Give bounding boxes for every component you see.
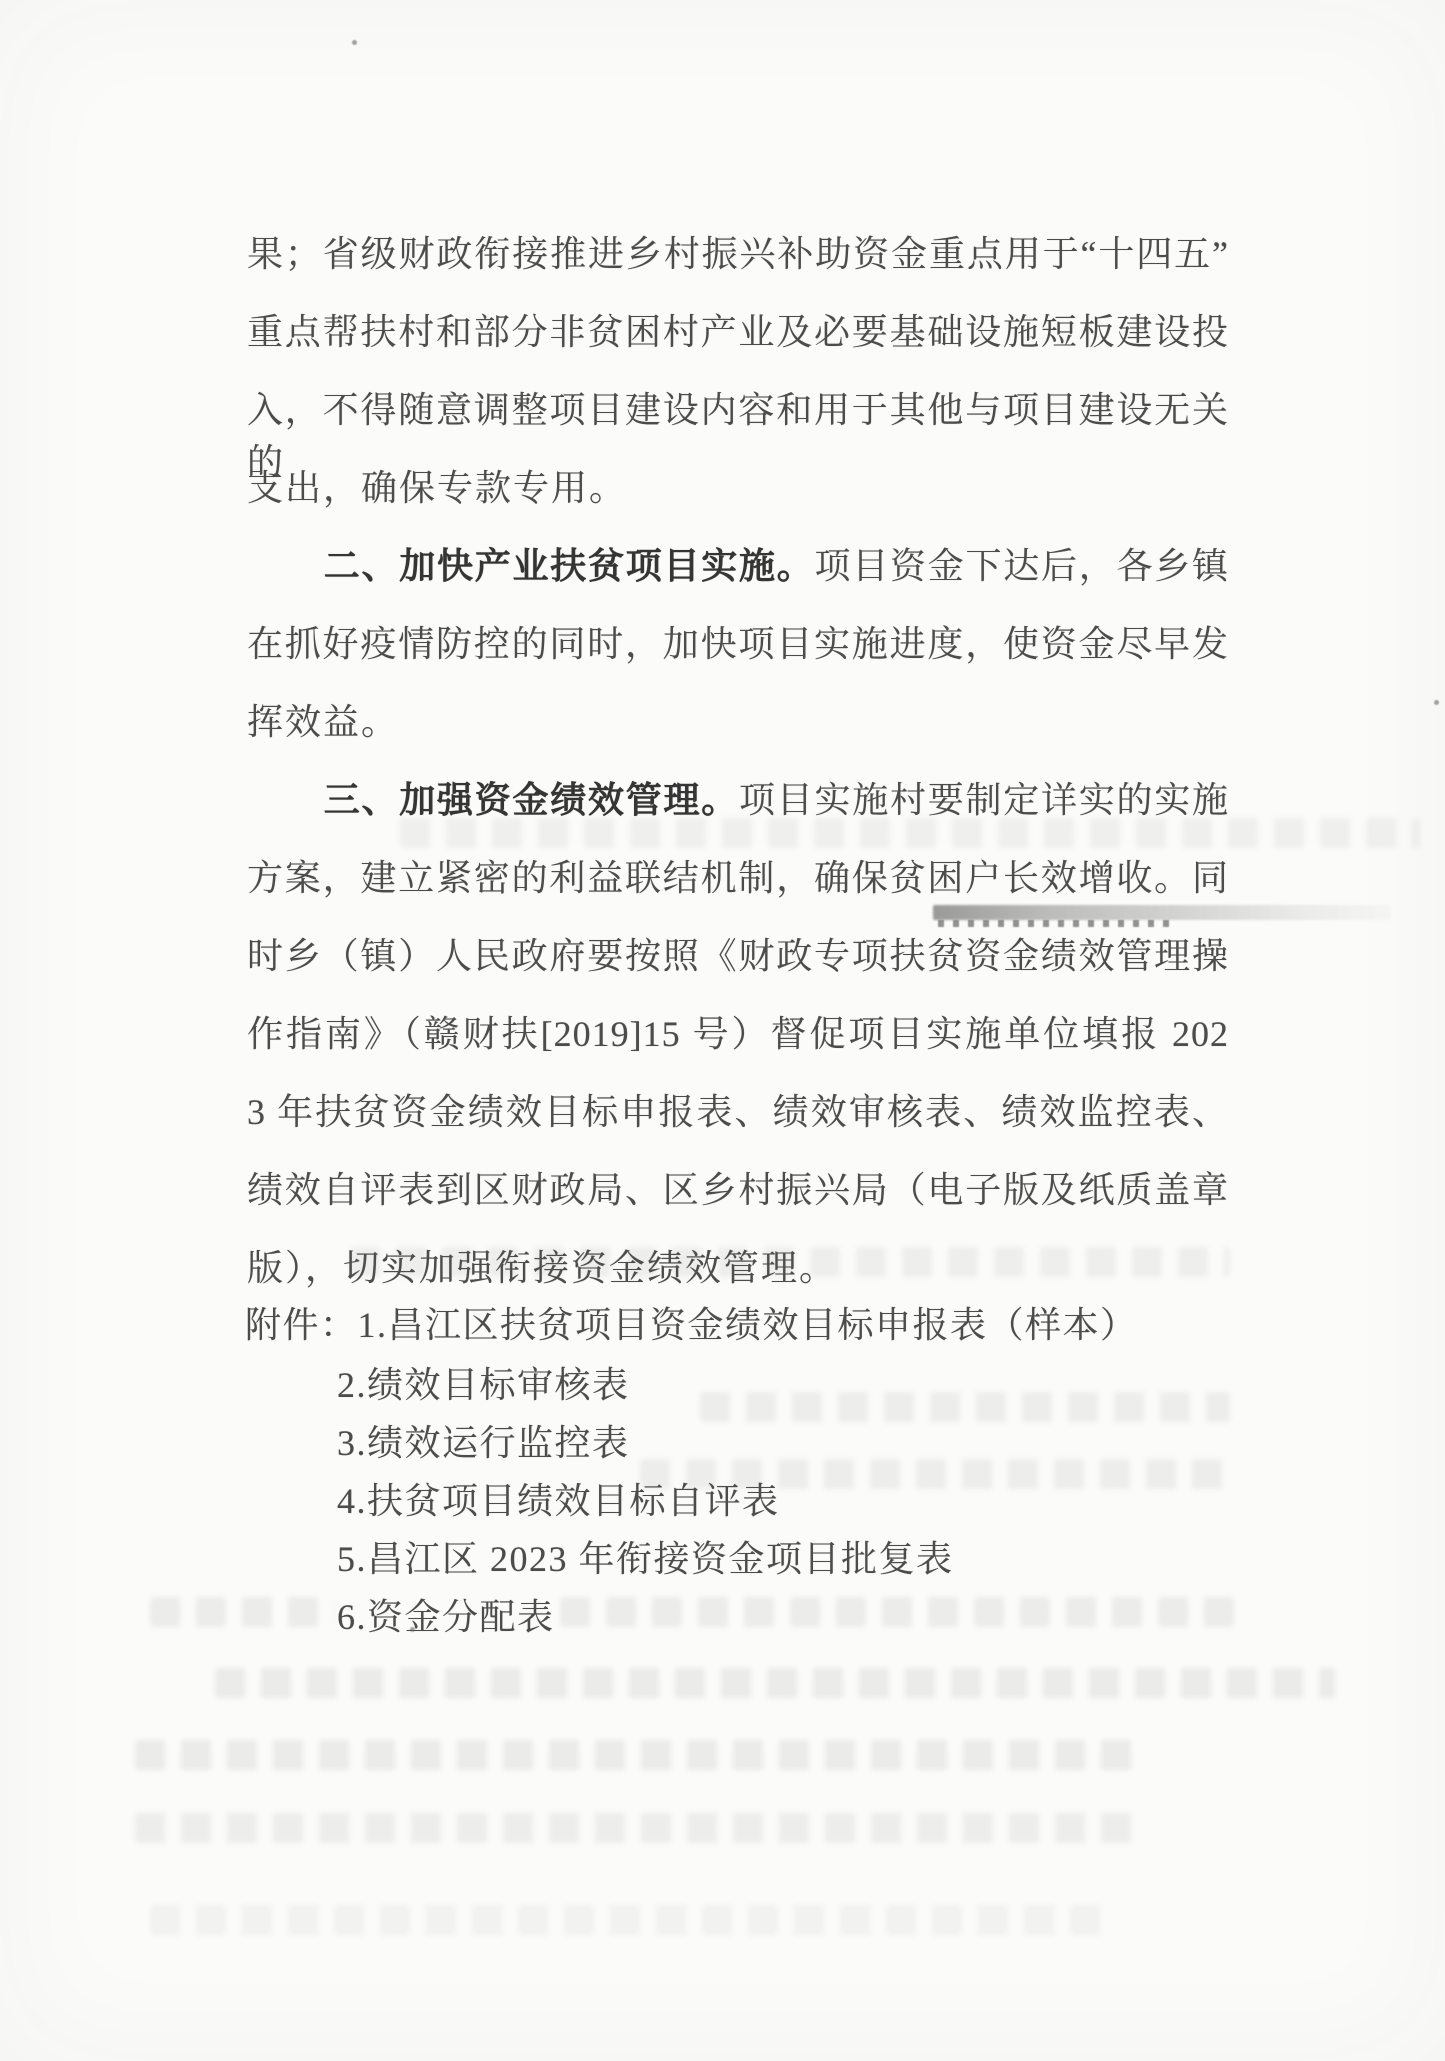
body-line-text: 作指南》（赣财扶[2019]15 号）督促项目实施单位填报 202 <box>247 1014 1229 1054</box>
body-line-text: 挥效益。 <box>247 702 399 742</box>
body-line: 在抓好疫情防控的同时，加快项目实施进度，使资金尽早发 <box>247 618 1229 670</box>
attachment-item: 3.绩效运行监控表 <box>337 1418 630 1468</box>
body-line: 3 年扶贫资金绩效目标申报表、绩效审核表、绩效监控表、 <box>247 1086 1229 1138</box>
attachment-label: 附件： <box>245 1305 358 1345</box>
scan-streak-dots <box>938 920 1173 927</box>
bleedthrough-ghost-line <box>135 1740 1145 1770</box>
attachment-item-text: 3.绩效运行监控表 <box>337 1423 630 1463</box>
bleedthrough-ghost-line <box>640 1459 1230 1489</box>
ink-speck <box>352 40 357 45</box>
body-line: 入，不得随意调整项目建设内容和用于其他与项目建设无关的 <box>247 384 1229 436</box>
bleedthrough-ghost-line <box>135 1813 1145 1843</box>
body-line: 果；省级财政衔接推进乡村振兴补助资金重点用于“十四五” <box>247 228 1229 280</box>
body-line-text: 在抓好疫情防控的同时，加快项目实施进度，使资金尽早发 <box>247 624 1229 664</box>
body-line: 方案，建立紧密的利益联结机制，确保贫困户长效增收。同 <box>247 852 1229 904</box>
body-line-text: 果；省级财政衔接推进乡村振兴补助资金重点用于“十四五” <box>247 234 1229 274</box>
paragraph-indent <box>247 577 323 578</box>
body-line-text: 方案，建立紧密的利益联结机制，确保贫困户长效增收。同 <box>247 858 1229 898</box>
attachment-item-text: 2.绩效目标审核表 <box>337 1365 630 1405</box>
body-line: 二、加快产业扶贫项目实施。项目资金下达后，各乡镇 <box>247 540 1229 592</box>
bleedthrough-ghost-line <box>150 1905 1100 1935</box>
attachment-item-text: 6.资金分配表 <box>337 1597 555 1637</box>
paragraph-indent <box>247 811 323 812</box>
body-line: 绩效自评表到区财政局、区乡村振兴局（电子版及纸质盖章 <box>247 1164 1229 1216</box>
attachment-item: 2.绩效目标审核表 <box>337 1360 630 1410</box>
body-line-text: 绩效自评表到区财政局、区乡村振兴局（电子版及纸质盖章 <box>247 1170 1229 1210</box>
bleedthrough-ghost-line <box>150 1597 335 1627</box>
body-line-text: 重点帮扶村和部分非贫困村产业及必要基础设施短板建设投 <box>247 312 1229 352</box>
body-line: 时乡（镇）人民政府要按照《财政专项扶贫资金绩效管理操 <box>247 930 1229 982</box>
section-heading: 三、加强资金绩效管理。 <box>323 779 739 820</box>
attachment-line: 附件：1.昌江区扶贫项目资金绩效目标申报表（样本） <box>245 1300 1138 1350</box>
ink-speck <box>1434 700 1439 705</box>
attachment-item-text: 5.昌江区 2023 年衔接资金项目批复表 <box>337 1539 954 1579</box>
attachment-item: 5.昌江区 2023 年衔接资金项目批复表 <box>337 1534 954 1584</box>
scanned-page: 果；省级财政衔接推进乡村振兴补助资金重点用于“十四五” 重点帮扶村和部分非贫困村… <box>0 0 1445 2061</box>
section-heading: 二、加快产业扶贫项目实施。 <box>323 545 814 586</box>
body-line: 重点帮扶村和部分非贫困村产业及必要基础设施短板建设投 <box>247 306 1229 358</box>
bleedthrough-ghost-line <box>350 1247 1230 1277</box>
body-line-text: 时乡（镇）人民政府要按照《财政专项扶贫资金绩效管理操 <box>247 936 1229 976</box>
ink-speck <box>410 1627 415 1632</box>
body-line-text: 支出，确保专款专用。 <box>247 468 627 508</box>
bleedthrough-ghost-line <box>400 818 1420 848</box>
scan-streak <box>933 905 1391 920</box>
body-line: 作指南》（赣财扶[2019]15 号）督促项目实施单位填报 202 <box>247 1008 1229 1060</box>
body-line-text: 项目实施村要制定详实的实施 <box>739 780 1229 820</box>
body-line-text: 项目资金下达后，各乡镇 <box>814 546 1229 586</box>
body-line-text: 3 年扶贫资金绩效目标申报表、绩效审核表、绩效监控表、 <box>247 1092 1229 1132</box>
bleedthrough-ghost-line <box>700 1392 1230 1422</box>
attachment-item: 6.资金分配表 <box>337 1592 555 1642</box>
attachment-item: 1.昌江区扶贫项目资金绩效目标申报表（样本） <box>358 1305 1138 1345</box>
body-line: 支出，确保专款专用。 <box>247 462 1229 514</box>
body-line: 挥效益。 <box>247 696 1229 748</box>
bleedthrough-ghost-line <box>560 1597 1240 1627</box>
bleedthrough-ghost-line <box>215 1668 1335 1698</box>
